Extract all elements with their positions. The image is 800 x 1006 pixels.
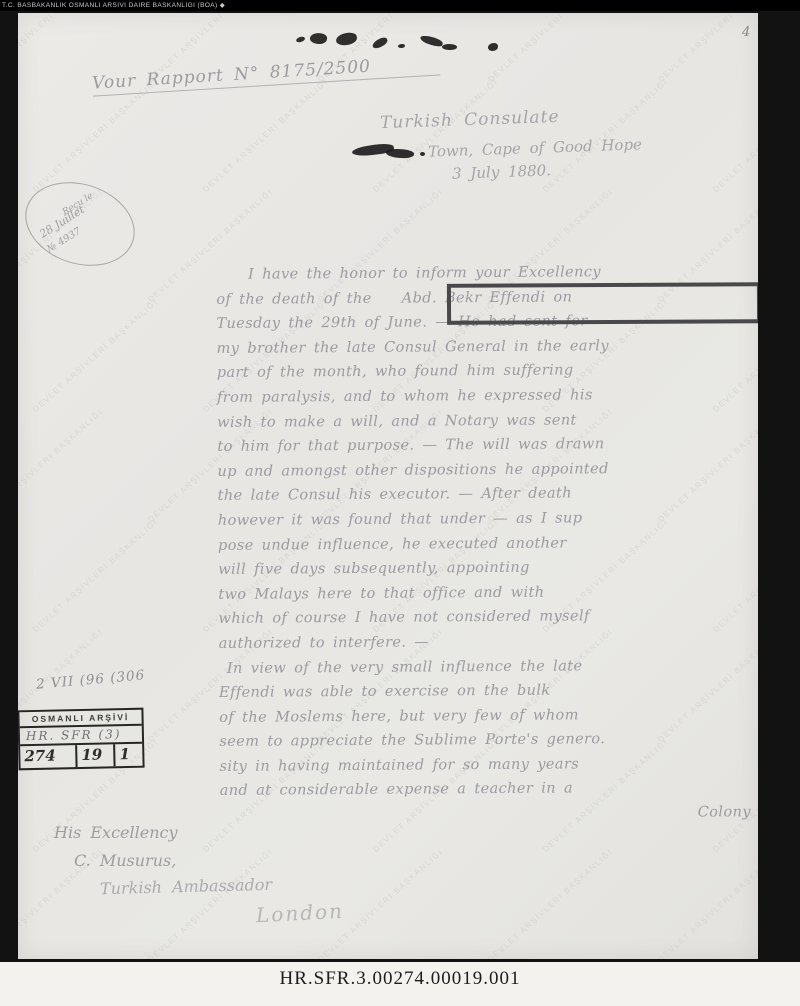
archive-stamp-sira: 1 — [113, 744, 142, 767]
body-line: the late Consul his executor. — After de… — [218, 480, 758, 508]
body-line: pose undue influence, he executed anothe… — [218, 530, 758, 558]
watermark-text: DEVLET ARŞİVLERİ BAŞKANLIĞI — [31, 297, 160, 414]
date-line: 3 July 1880. — [452, 161, 552, 182]
watermark-text: DEVLET ARŞİVLERİ BAŞKANLIĞI — [656, 847, 758, 959]
body-line: Effendi was able to exercise on the bulk — [219, 677, 758, 705]
watermark-text: DEVLET ARŞİVLERİ BAŞKANLIĞI — [711, 77, 758, 194]
body-line: to him for that purpose. — The will was … — [217, 431, 758, 459]
archive-box-stamp: OSMANLI ARŞİVİ HR. SFR (3) 274 19 1 — [18, 708, 145, 771]
watermark-text: DEVLET ARŞİVLERİ BAŞKANLIĞI — [656, 13, 758, 84]
page-number: 4 — [742, 25, 750, 40]
archive-header-label: T.C. BASBAKANLIK OSMANLI ARSIVI DAIRE BA… — [2, 2, 225, 9]
letter-body: I have the honor to inform your Excellen… — [216, 259, 758, 828]
body-line: up and amongst other dispositions he app… — [217, 456, 758, 484]
archive-stamp-numbers: 274 19 1 — [20, 744, 142, 769]
body-line: and at considerable expense a teacher in… — [220, 776, 758, 804]
body-line: seem to appreciate the Sublime Porte's g… — [219, 726, 758, 754]
watermark-text: DEVLET ARŞİVLERİ BAŞKANLIĞI — [486, 847, 615, 959]
catchword: Colony — [220, 800, 758, 828]
body-line: which of course I have not considered my… — [218, 603, 758, 631]
closing-addressee: C. Musurus, — [74, 851, 176, 870]
closing-city: London — [255, 899, 344, 928]
archive-stamp-gomlek: 19 — [75, 744, 114, 767]
letter-page: DEVLET ARŞİVLERİ BAŞKANLIĞIDEVLET ARŞİVL… — [18, 13, 758, 959]
body-line: In view of the very small influence the … — [219, 653, 758, 681]
body-line: sity in having maintained for so many ye… — [219, 751, 758, 779]
body-line: however it was found that under — as I s… — [218, 505, 758, 533]
body-line: will five days subsequently, appointing — [218, 554, 758, 582]
document-reference-code: HR.SFR.3.00274.00019.001 — [0, 968, 800, 990]
body-line: part of the month, who found him sufferi… — [217, 357, 758, 385]
body-line: my brother the late Consul General in th… — [217, 333, 758, 361]
body-line: authorized to interfere. — — [219, 628, 758, 656]
archive-header-bar: T.C. BASBAKANLIK OSMANLI ARSIVI DAIRE BA… — [0, 0, 800, 11]
closing-excellency: His Excellency — [54, 823, 178, 842]
name-highlight-box — [447, 282, 758, 325]
body-line: two Malays here to that office and with — [218, 579, 758, 607]
reference-footer: HR.SFR.3.00274.00019.001 — [0, 962, 800, 1006]
watermark-text: DEVLET ARŞİVLERİ BAŞKANLIĞI — [486, 13, 615, 84]
watermark-text: DEVLET ARŞİVLERİ BAŞKANLIĞI — [18, 407, 105, 524]
body-line: from paralysis, and to whom he expressed… — [217, 382, 758, 410]
document-scan: T.C. BASBAKANLIK OSMANLI ARSIVI DAIRE BA… — [0, 0, 800, 1006]
watermark-text: DEVLET ARŞİVLERİ BAŞKANLIĞI — [31, 517, 160, 634]
body-line-pre: of the death of the — [216, 290, 372, 307]
body-line: wish to make a will, and a Notary was se… — [217, 407, 758, 435]
body-line: of the Moslems here, but very few of who… — [219, 702, 758, 730]
watermark-text: DEVLET ARŞİVLERİ BAŞKANLIĞI — [201, 77, 330, 194]
archive-stamp-dosya: 274 — [20, 745, 75, 768]
